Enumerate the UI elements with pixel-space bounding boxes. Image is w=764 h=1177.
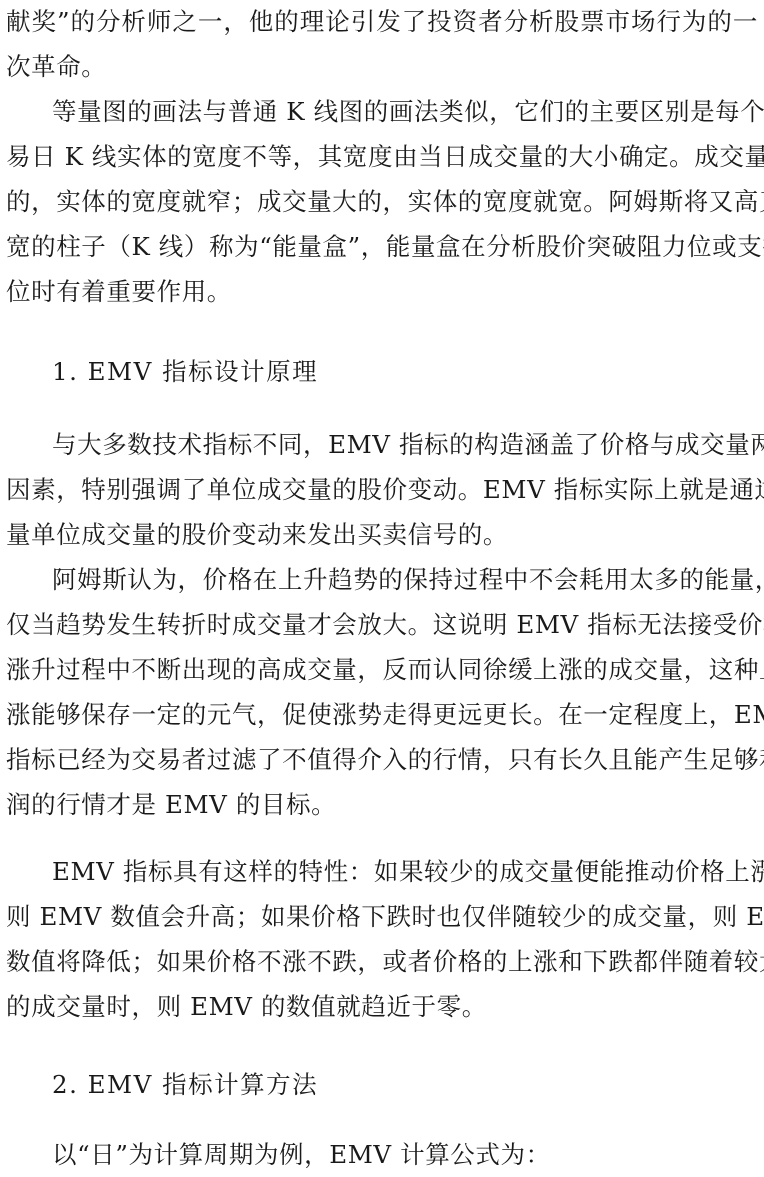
section-heading-1: 1. EMV 指标设计原理	[52, 355, 318, 389]
text-line: 的成交量时，则 EMV 的数值就趋近于零。	[6, 990, 758, 1024]
text-line: 阿姆斯认为，价格在上升趋势的保持过程中不会耗用太多的能量，	[52, 563, 758, 597]
text-line: 献奖”的分析师之一，他的理论引发了投资者分析股票市场行为的一	[6, 5, 758, 39]
text-line: 量单位成交量的股价变动来发出买卖信号的。	[6, 518, 758, 552]
text-line: 易日 K 线实体的宽度不等，其宽度由当日成交量的大小确定。成交量小	[6, 140, 758, 174]
text-line: 的，实体的宽度就窄；成交量大的，实体的宽度就宽。阿姆斯将又高又	[6, 185, 758, 219]
text-line: 涨能够保存一定的元气，促使涨势走得更远更长。在一定程度上，EMV	[6, 698, 758, 732]
text-line: 等量图的画法与普通 K 线图的画法类似，它们的主要区别是每个交	[52, 95, 758, 129]
text-line: 因素，特别强调了单位成交量的股价变动。EMV 指标实际上就是通过衡	[6, 473, 758, 507]
text-line: 数值将降低；如果价格不涨不跌，或者价格的上涨和下跌都伴随着较大	[6, 945, 758, 979]
text-line: EMV 指标具有这样的特性：如果较少的成交量便能推动价格上涨，	[52, 855, 758, 889]
text-line: 仅当趋势发生转折时成交量才会放大。这说明 EMV 指标无法接受价格在	[6, 608, 758, 642]
document-page: 献奖”的分析师之一，他的理论引发了投资者分析股票市场行为的一 次革命。 等量图的…	[0, 0, 764, 1177]
text-line: 位时有着重要作用。	[6, 275, 758, 309]
text-line: 宽的柱子（K 线）称为“能量盒”，能量盒在分析股价突破阻力位或支撑	[6, 230, 758, 264]
text-line: 与大多数技术指标不同，EMV 指标的构造涵盖了价格与成交量两个	[52, 428, 758, 462]
text-line: 次革命。	[6, 50, 758, 84]
section-heading-2: 2. EMV 指标计算方法	[52, 1068, 318, 1102]
text-line: 涨升过程中不断出现的高成交量，反而认同徐缓上涨的成交量，这种上	[6, 653, 758, 687]
text-line: 以“日”为计算周期为例，EMV 计算公式为：	[52, 1138, 758, 1172]
text-line: 润的行情才是 EMV 的目标。	[6, 788, 758, 822]
text-line: 指标已经为交易者过滤了不值得介入的行情，只有长久且能产生足够利	[6, 743, 758, 777]
text-line: 则 EMV 数值会升高；如果价格下跌时也仅伴随较少的成交量，则 EMV	[6, 900, 758, 934]
